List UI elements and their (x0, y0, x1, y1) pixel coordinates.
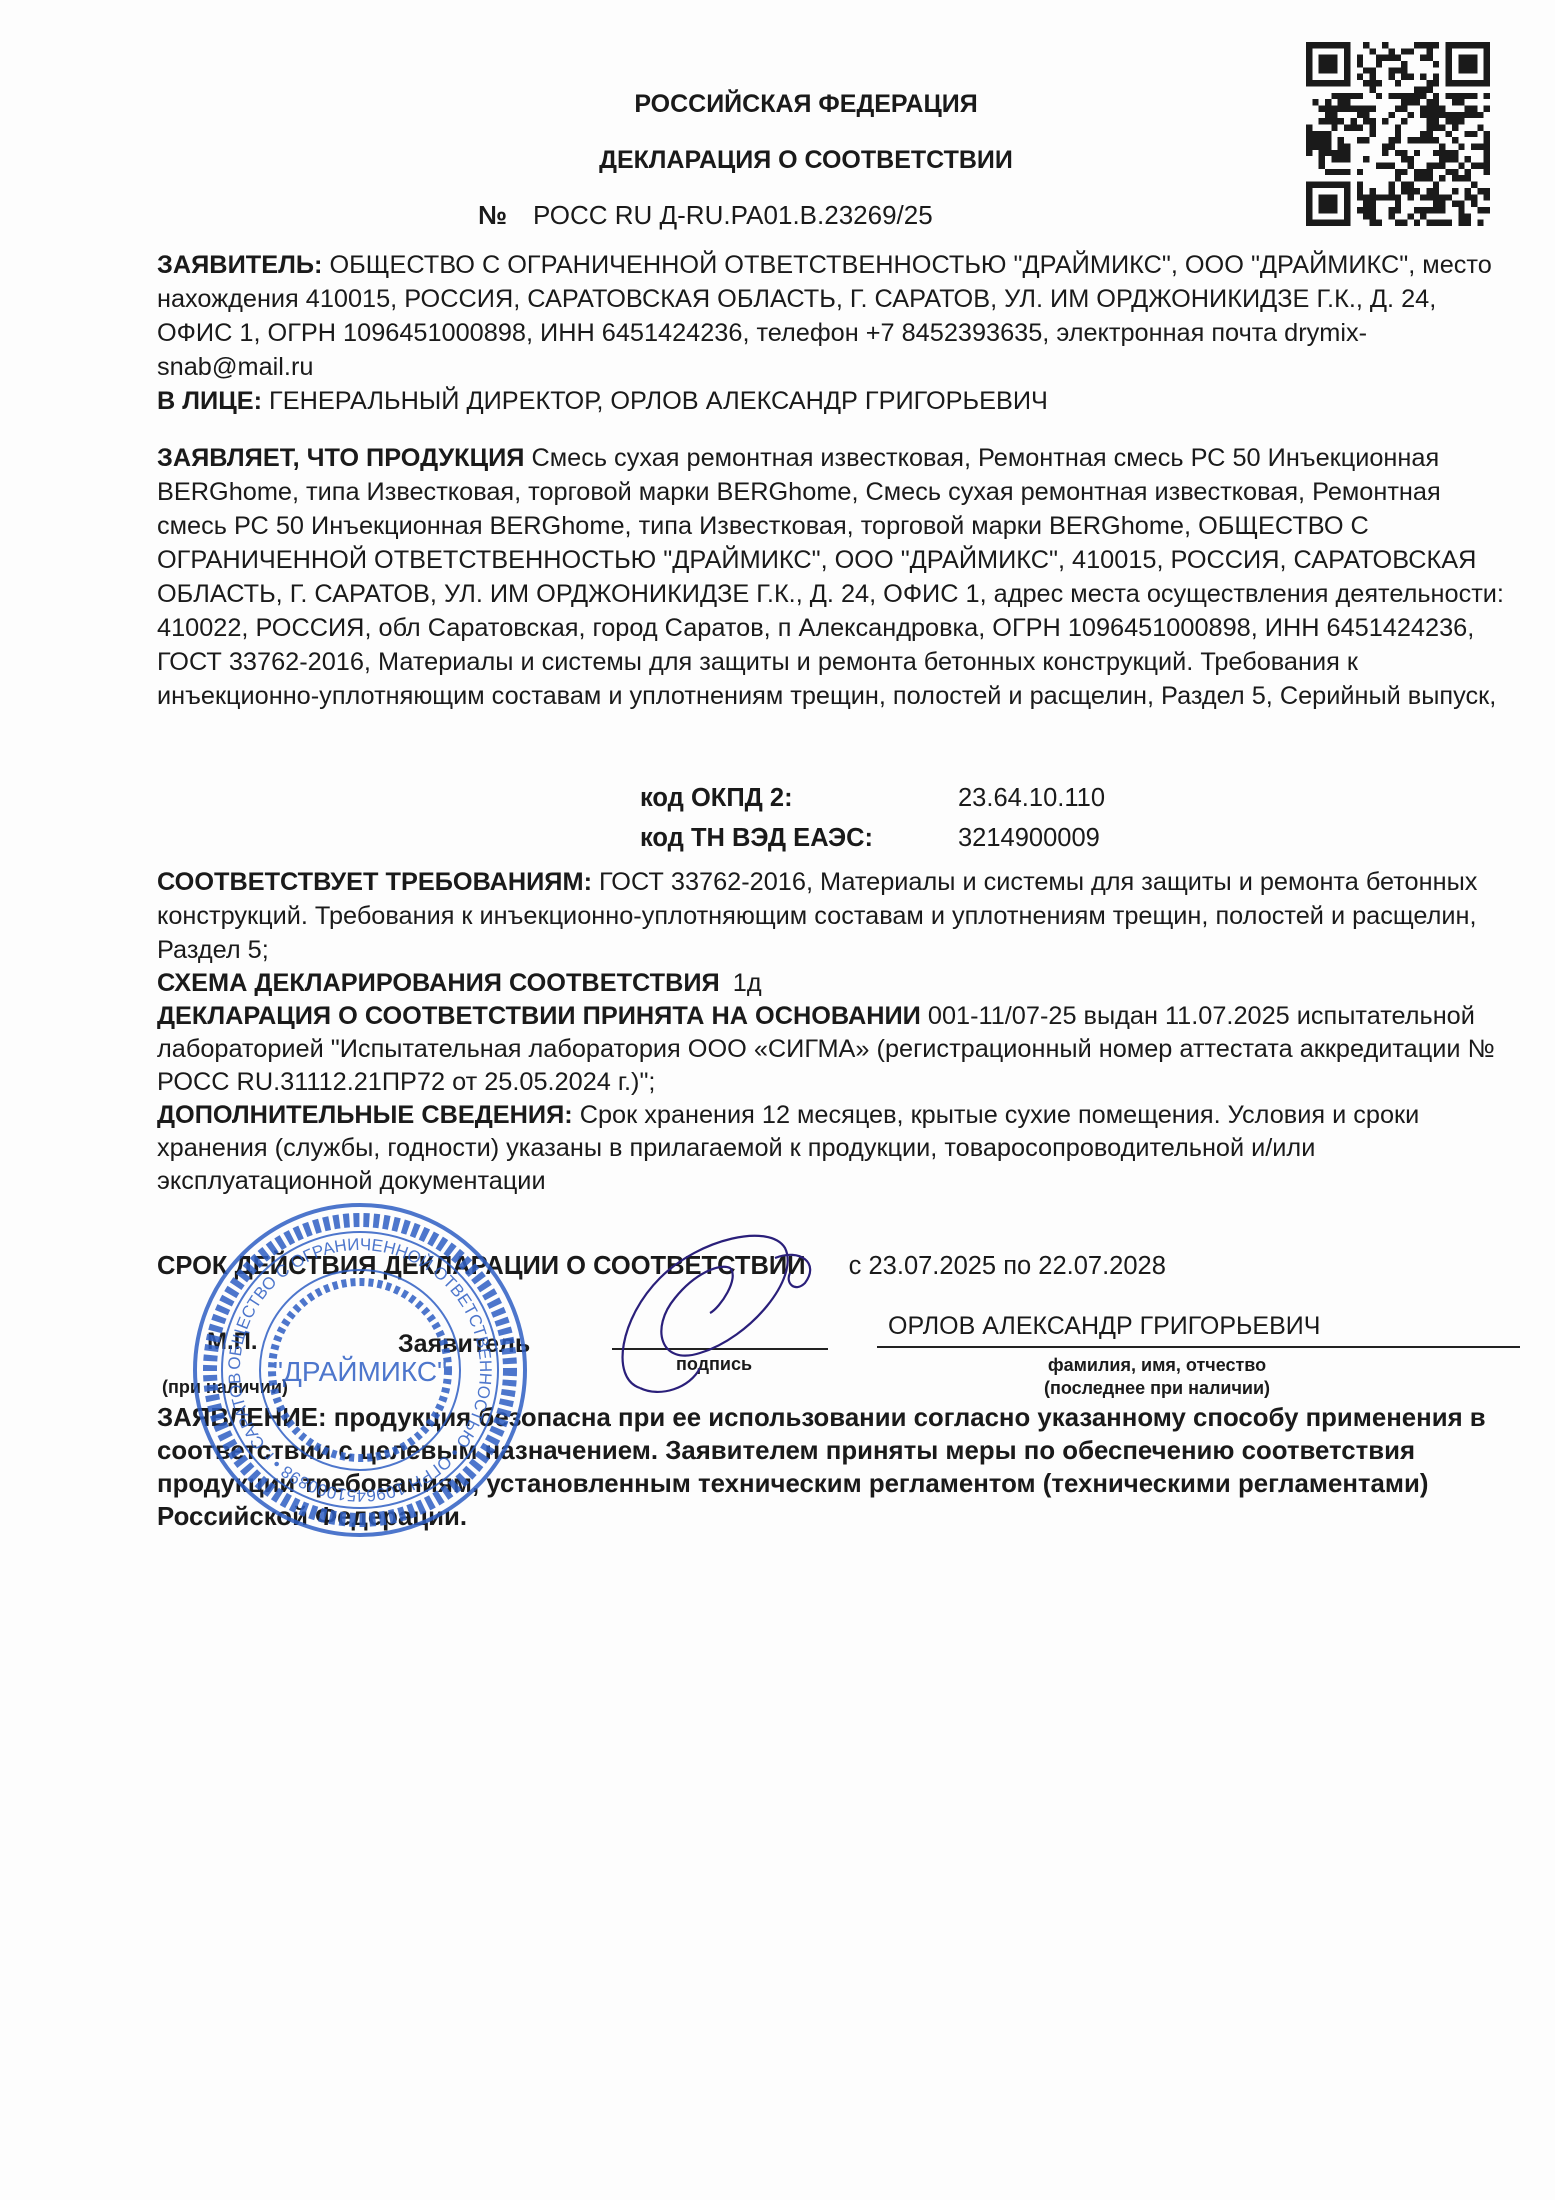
qr-code-icon (1306, 42, 1490, 226)
okpd-value: 23.64.10.110 (958, 784, 1105, 813)
basis-label: ДЕКЛАРАЦИЯ О СООТВЕТСТВИИ ПРИНЯТА НА ОСН… (157, 1002, 921, 1030)
represented-label: В ЛИЦЕ: (157, 387, 262, 415)
name-caption-2: (последнее при наличии) (877, 1378, 1437, 1399)
signature-caption: подпись (676, 1354, 752, 1375)
tnved-code-row: код ТН ВЭД ЕАЭС: 3214900009 (640, 824, 1240, 856)
product-section: ЗАЯВЛЯЕТ, ЧТО ПРОДУКЦИЯ Смесь сухая ремо… (157, 441, 1517, 713)
statement-text: ЗАЯВЛЕНИЕ: продукция безопасна при ее ис… (157, 1402, 1517, 1534)
complies-label: СООТВЕТСТВУЕТ ТРЕБОВАНИЯМ: (157, 868, 592, 896)
seal-label: М.П. (207, 1328, 258, 1356)
signer-full-name: ОРЛОВ АЛЕКСАНДР ГРИГОРЬЕВИЧ (888, 1312, 1320, 1341)
tnved-value: 3214900009 (958, 824, 1100, 853)
represented-text: ГЕНЕРАЛЬНЫЙ ДИРЕКТОР, ОРЛОВ АЛЕКСАНДР ГР… (269, 387, 1048, 415)
signature-line (612, 1348, 828, 1350)
additional-label: ДОПОЛНИТЕЛЬНЫЕ СВЕДЕНИЯ: (157, 1101, 573, 1129)
document-number: №РОСС RU Д-RU.РА01.В.23269/25 (478, 200, 933, 231)
product-text: Смесь сухая ремонтная известковая, Ремон… (157, 444, 1504, 710)
applicant-label: ЗАЯВИТЕЛЬ: (157, 251, 322, 279)
complies-section: СООТВЕТСТВУЕТ ТРЕБОВАНИЯМ: ГОСТ 33762-20… (157, 865, 1517, 967)
applicant-section: ЗАЯВИТЕЛЬ: ОБЩЕСТВО С ОГРАНИЧЕННОЙ ОТВЕТ… (157, 248, 1517, 418)
name-line (877, 1346, 1520, 1348)
tnved-label: код ТН ВЭД ЕАЭС: (640, 824, 873, 853)
number-sign: № (478, 200, 507, 230)
validity-row: СРОК ДЕЙСТВИЯ ДЕКЛАРАЦИИ О СООТВЕТСТВИИ … (157, 1252, 1166, 1281)
scheme-label: СХЕМА ДЕКЛАРИРОВАНИЯ СООТВЕТСТВИЯ (157, 969, 720, 997)
scheme-section: СХЕМА ДЕКЛАРИРОВАНИЯ СООТВЕТСТВИЯ 1д ДЕК… (157, 967, 1517, 1198)
stamp-center-text: "ДРАЙМИКС" (273, 1356, 447, 1387)
applicant-text: ОБЩЕСТВО С ОГРАНИЧЕННОЙ ОТВЕТСТВЕННОСТЬЮ… (157, 251, 1492, 381)
validity-label: СРОК ДЕЙСТВИЯ ДЕКЛАРАЦИИ О СООТВЕТСТВИИ (157, 1252, 806, 1280)
name-caption: фамилия, имя, отчество (877, 1355, 1437, 1376)
product-label: ЗАЯВЛЯЕТ, ЧТО ПРОДУКЦИЯ (157, 444, 524, 472)
applicant-role-label: Заявитель (398, 1330, 530, 1359)
scheme-value: 1д (733, 969, 762, 997)
okpd-code-row: код ОКПД 2: 23.64.10.110 (640, 784, 1240, 816)
okpd-label: код ОКПД 2: (640, 784, 793, 813)
seal-note: (при наличии) (162, 1377, 288, 1398)
number-value: РОСС RU Д-RU.РА01.В.23269/25 (533, 200, 933, 230)
validity-value: с 23.07.2025 по 22.07.2028 (849, 1252, 1166, 1280)
